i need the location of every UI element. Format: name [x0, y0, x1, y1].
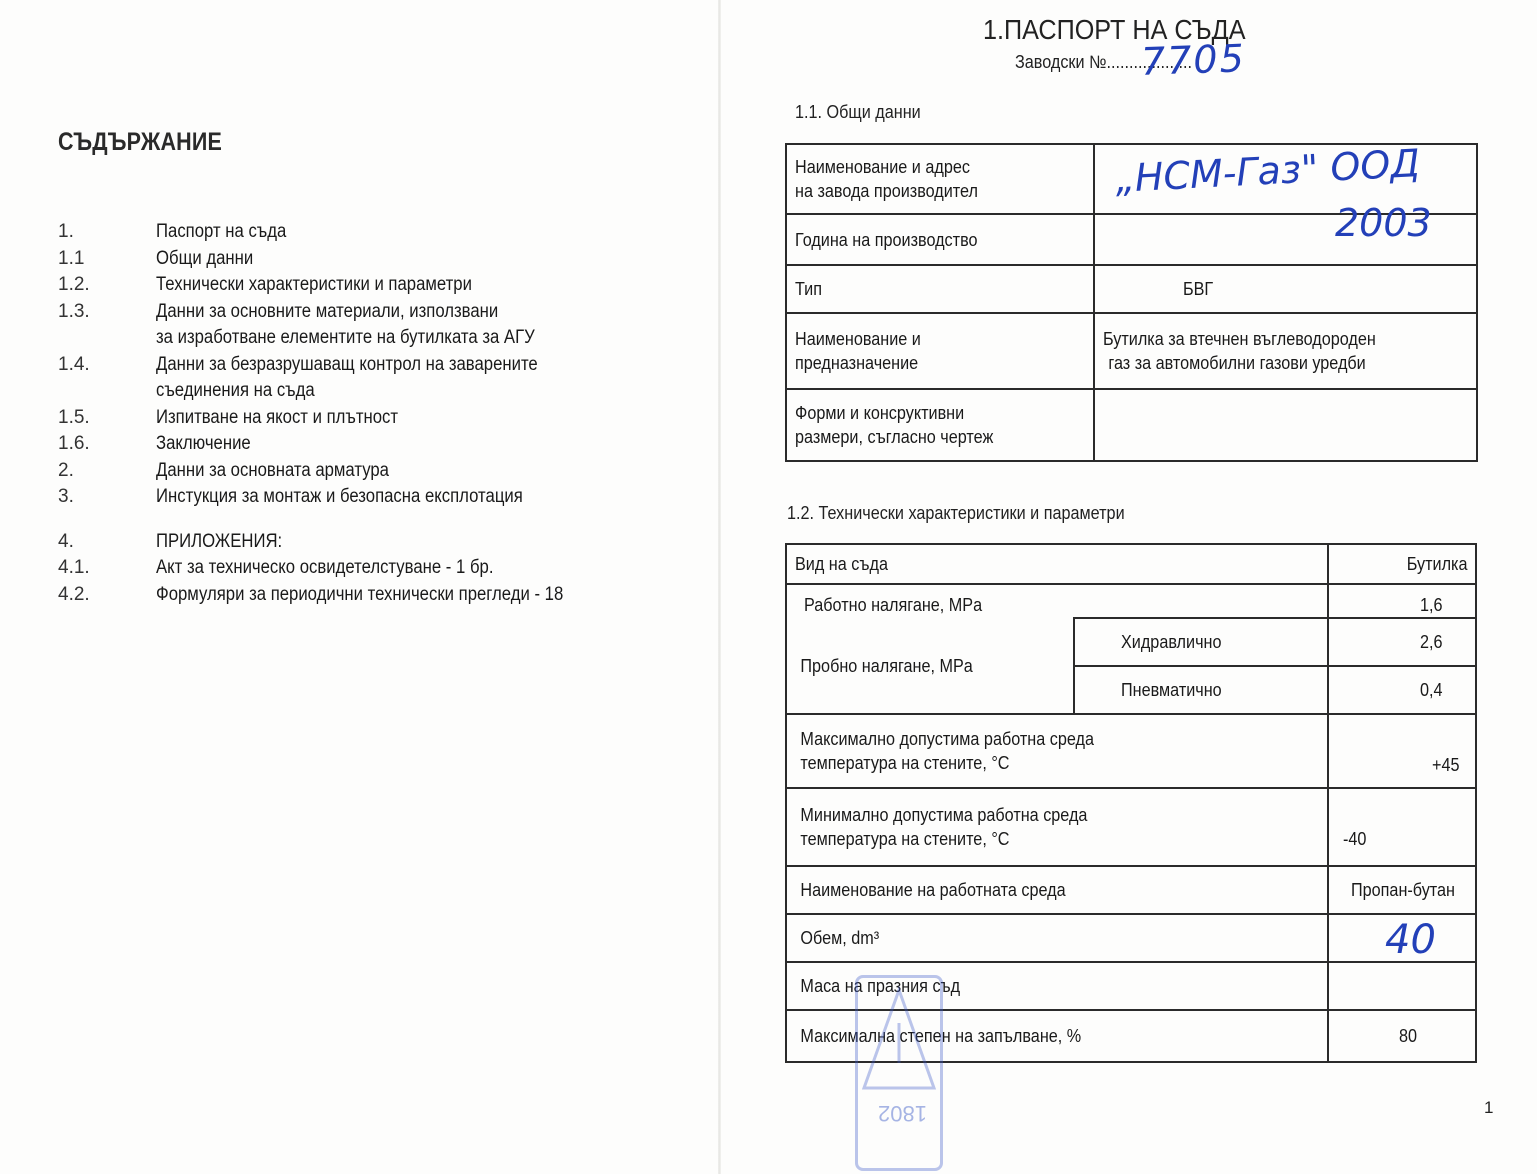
- toc-item: 1.3.Данни за основните материали, използ…: [58, 299, 698, 326]
- toc-item-number: 1.1: [58, 246, 148, 272]
- year-value: 2003: [1094, 214, 1477, 265]
- toc-item-text: Инстукция за монтаж и безопасна експлота…: [156, 484, 523, 510]
- label-line: Година на производство: [795, 228, 978, 252]
- table-row: Форми и консруктивни размери, съгласно ч…: [786, 389, 1477, 461]
- toc-item-text: Формуляри за периодични технически прегл…: [156, 582, 563, 608]
- toc-title: СЪДЪРЖАНИЕ: [58, 128, 222, 157]
- table-row: Минимално допустима работна среда темпер…: [786, 788, 1476, 866]
- label-line: Обем, dm³: [795, 926, 879, 950]
- label-line: Тип: [795, 277, 822, 301]
- vessel-type-label: Вид на съда: [786, 544, 1328, 584]
- label-line: Работно налягане, MPa: [795, 593, 982, 617]
- label-line: Наименование на работната среда: [795, 878, 1066, 902]
- toc-item: за изработване елементите на бутилката з…: [58, 325, 698, 352]
- toc-spacer: [58, 511, 698, 529]
- label-line: Вид на съда: [795, 552, 888, 576]
- purpose-label: Наименование и предназначение: [786, 313, 1094, 389]
- working-pressure-label: Работно налягане, MPa: [786, 584, 1328, 618]
- label-line: Хидравлично: [1121, 630, 1221, 654]
- test-pressure-label: Пробно налягане, MPa: [786, 618, 1074, 714]
- vessel-type-value: Бутилка: [1328, 544, 1476, 584]
- label-line: Минимално допустима работна среда: [795, 803, 1087, 827]
- label-line: Форми и консруктивни: [795, 401, 964, 425]
- value-text: +45: [1432, 753, 1459, 777]
- label-line: Максимално допустима работна среда: [795, 727, 1094, 751]
- value-text: 0,4: [1420, 678, 1443, 702]
- toc-item: 1.1Общи данни: [58, 246, 698, 273]
- year-handwritten: 2003: [1335, 201, 1432, 245]
- table-row: Максимално допустима работна среда темпе…: [786, 714, 1476, 788]
- toc-item-text: Паспорт на съда: [156, 219, 286, 245]
- value-line: газ за автомобилни газови уредби: [1103, 351, 1366, 375]
- max-temp-value: +45: [1328, 714, 1476, 788]
- stamp-number: 1802: [878, 1100, 927, 1126]
- min-temp-value: -40: [1328, 788, 1476, 866]
- toc-item-number: 1.5.: [58, 405, 148, 431]
- toc-item: 1.Паспорт на съда: [58, 219, 698, 246]
- value-line: Бутилка за втечнен въглеводороден: [1103, 327, 1376, 351]
- shape-label: Форми и консруктивни размери, съгласно ч…: [786, 389, 1094, 461]
- max-temp-label: Максимално допустима работна среда темпе…: [786, 714, 1328, 788]
- toc-item-number: 3.: [58, 484, 148, 510]
- section-general-title: 1.1. Общи данни: [795, 102, 921, 123]
- toc-item: 1.2.Технически характеристики и параметр…: [58, 272, 698, 299]
- toc-item: 3.Инстукция за монтаж и безопасна експло…: [58, 484, 698, 511]
- toc-item-text: Заключение: [156, 431, 251, 457]
- pneumatic-label: Пневматично: [1074, 666, 1328, 714]
- toc-item-text: Акт за техническо освидетелстуване - 1 б…: [156, 555, 493, 581]
- toc-list: 1.Паспорт на съда1.1Общи данни1.2.Технич…: [58, 219, 698, 608]
- toc-item-text: Общи данни: [156, 246, 253, 272]
- volume-label: Обем, dm³: [786, 914, 1328, 962]
- table-row: Тип БВГ: [786, 265, 1477, 313]
- toc-item: 4.2.Формуляри за периодични технически п…: [58, 582, 698, 609]
- label-line: температура на стените, °C: [795, 751, 1010, 775]
- value-text: 80: [1399, 1024, 1417, 1048]
- volume-value: 40: [1328, 914, 1476, 962]
- value-text: Бутилка: [1406, 552, 1467, 576]
- toc-item-text: ПРИЛОЖЕНИЯ:: [156, 529, 282, 555]
- label-line: температура на стените, °C: [795, 827, 1010, 851]
- toc-item-text: Данни за основната арматура: [156, 458, 389, 484]
- hydraulic-label: Хидравлично: [1074, 618, 1328, 666]
- value-text: 2,6: [1420, 630, 1443, 654]
- toc-item: 2.Данни за основната арматура: [58, 458, 698, 485]
- serial-label: Заводски №: [1015, 52, 1106, 72]
- table-row: Пробно налягане, MPa Хидравлично 2,6: [786, 618, 1476, 666]
- type-value: БВГ: [1094, 265, 1477, 313]
- toc-item: 4.ПРИЛОЖЕНИЯ:: [58, 529, 698, 556]
- right-page-passport: 1.ПАСПОРТ НА СЪДА Заводски №............…: [721, 0, 1537, 1174]
- table-row: Година на производство 2003: [786, 214, 1477, 265]
- label-line: размери, съгласно чертеж: [795, 425, 993, 449]
- table-row: Вид на съда Бутилка: [786, 544, 1476, 584]
- toc-item-text: Технически характеристики и параметри: [156, 272, 472, 298]
- label-line: предназначение: [795, 351, 918, 375]
- toc-item-number: 1.6.: [58, 431, 148, 457]
- toc-item-number: 4.: [58, 529, 148, 555]
- label-line: на завода производител: [795, 179, 978, 203]
- label-line: Наименование и адрес: [795, 155, 970, 179]
- empty-mass-value: [1328, 962, 1476, 1010]
- manufacturer-label: Наименование и адрес на завода производи…: [786, 144, 1094, 214]
- serial-value-handwritten: 7705: [1140, 36, 1246, 84]
- pneumatic-value: 0,4: [1328, 666, 1476, 714]
- toc-item: 1.5.Изпитване на якост и плътност: [58, 405, 698, 432]
- toc-item-number: 2.: [58, 458, 148, 484]
- volume-handwritten: 40: [1385, 917, 1436, 963]
- table-row: Наименование на работната среда Пропан-б…: [786, 866, 1476, 914]
- toc-item-number: 1.4.: [58, 352, 148, 378]
- toc-item-number: 1.: [58, 219, 148, 245]
- shape-value: [1094, 389, 1477, 461]
- purpose-value: Бутилка за втечнен въглеводороден газ за…: [1094, 313, 1477, 389]
- toc-item-text: съединения на съда: [156, 378, 315, 404]
- toc-item: 1.4.Данни за безразрушаващ контрол на за…: [58, 352, 698, 379]
- toc-item-number: 1.2.: [58, 272, 148, 298]
- max-fill-value: 80: [1328, 1010, 1476, 1062]
- label-line: Пробно налягане, MPa: [795, 654, 973, 678]
- toc-item: 1.6.Заключение: [58, 431, 698, 458]
- type-label: Тип: [786, 265, 1094, 313]
- general-data-table: Наименование и адрес на завода производи…: [785, 143, 1478, 462]
- value-text: 1,6: [1420, 593, 1443, 617]
- table-row: Работно налягане, MPa 1,6: [786, 584, 1476, 618]
- label-line: Пневматично: [1121, 678, 1222, 702]
- medium-label: Наименование на работната среда: [786, 866, 1328, 914]
- medium-value: Пропан-бутан: [1328, 866, 1476, 914]
- toc-item-text: за изработване елементите на бутилката з…: [156, 325, 535, 351]
- manufacturer-handwritten: „НСМ-Газ" ООД: [1114, 141, 1421, 201]
- left-page-contents: СЪДЪРЖАНИЕ 1.Паспорт на съда1.1Общи данн…: [0, 0, 718, 1174]
- page-number: 1: [1484, 1098, 1493, 1118]
- inspection-stamp: [855, 975, 943, 1171]
- working-pressure-value: 1,6: [1328, 584, 1476, 618]
- value-text: БВГ: [1183, 277, 1213, 301]
- value-text: -40: [1343, 827, 1366, 851]
- table-row: Обем, dm³ 40: [786, 914, 1476, 962]
- toc-item-number: 4.1.: [58, 555, 148, 581]
- year-label: Година на производство: [786, 214, 1094, 265]
- toc-item-text: Данни за основните материали, използвани: [156, 299, 498, 325]
- toc-item-number: 1.3.: [58, 299, 148, 325]
- table-row: Наименование и предназначение Бутилка за…: [786, 313, 1477, 389]
- label-line: Наименование и: [795, 327, 921, 351]
- toc-item-text: Изпитване на якост и плътност: [156, 405, 398, 431]
- toc-item-text: Данни за безразрушаващ контрол на заваре…: [156, 352, 538, 378]
- toc-item: 4.1.Акт за техническо освидетелстуване -…: [58, 555, 698, 582]
- toc-item-number: 4.2.: [58, 582, 148, 608]
- toc-item: съединения на съда: [58, 378, 698, 405]
- value-text: Пропан-бутан: [1351, 878, 1455, 902]
- section-tech-title: 1.2. Технически характеристики и парамет…: [787, 503, 1125, 524]
- min-temp-label: Минимално допустима работна среда темпер…: [786, 788, 1328, 866]
- hydraulic-value: 2,6: [1328, 618, 1476, 666]
- stamp-triangle-icon: [858, 978, 940, 1098]
